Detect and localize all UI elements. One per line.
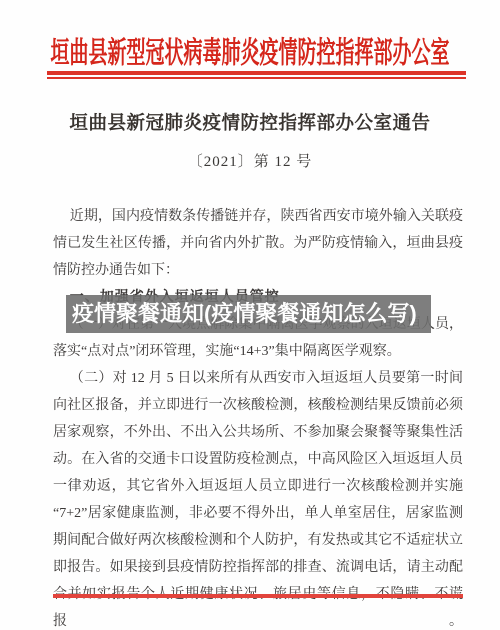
emphasis-red-underline — [53, 594, 463, 598]
org-letterhead-banner: 垣曲县新型冠状病毒肺炎疫情防控指挥部办公室 — [0, 30, 500, 57]
notice-body: 近期，国内疫情数条传播链并存，陕西省西安市境外输入关联疫 情已发生社区传播，并向… — [53, 203, 463, 608]
body-line: （二）对 12 月 5 日以来所有从西安市入垣返垣人员要第一时间 — [53, 365, 463, 392]
body-line: 一律劝返，其它省外入垣返垣人员立即进行一次核酸检测并实施 — [53, 473, 463, 500]
body-line: 居家观察，不外出、不出入公共场所、不参加聚会聚餐等聚集性活 — [53, 419, 463, 446]
doc-title: 垣曲县新冠肺炎疫情防控指挥部办公室通告 — [0, 109, 500, 135]
body-line: 向社区报备，并立即进行一次核酸检测，核酸检测结果反馈前必须 — [53, 392, 463, 419]
body-line: 落实“点对点”闭环管理，实施“14+3”集中隔离医学观察。 — [53, 338, 463, 365]
body-line: “7+2”居家健康监测，非必要不得外出，单人单室居住，居家监测 — [53, 500, 463, 527]
body-line: 即报告。如果接到县疫情防控指挥部的排查、流调电话，请主动配 — [53, 554, 463, 581]
org-letterhead-text: 垣曲县新型冠状病毒肺炎疫情防控指挥部办公室 — [50, 30, 449, 72]
body-line: 动。在入省的交通卡口设置防疫检测点，中高风险区入垣返垣人员 — [53, 446, 463, 473]
scanned-notice-page: 垣曲县新型冠状病毒肺炎疫情防控指挥部办公室 垣曲县新冠肺炎疫情防控指挥部办公室通… — [0, 0, 500, 630]
body-line: 近期，国内疫情数条传播链并存，陕西省西安市境外输入关联疫 — [53, 203, 463, 230]
body-line: 情已发生社区传播，并向省内外扩散。为严防疫情输入，垣曲县疫 — [53, 230, 463, 257]
caption-overlay-bar: 疫情聚餐通知(疫情聚餐通知怎么写) — [66, 295, 431, 333]
body-line: 情防控办通告如下： — [53, 257, 463, 284]
doc-number: 〔2021〕第 12 号 — [0, 150, 500, 171]
body-line: 期间配合做好两次核酸检测和个人防护，有发热或其它不适症状立 — [53, 527, 463, 554]
letterhead-rule-thick — [47, 71, 466, 75]
caption-overlay-text: 疫情聚餐通知(疫情聚餐通知怎么写) — [72, 295, 417, 333]
letterhead-rule-thin — [47, 77, 466, 79]
